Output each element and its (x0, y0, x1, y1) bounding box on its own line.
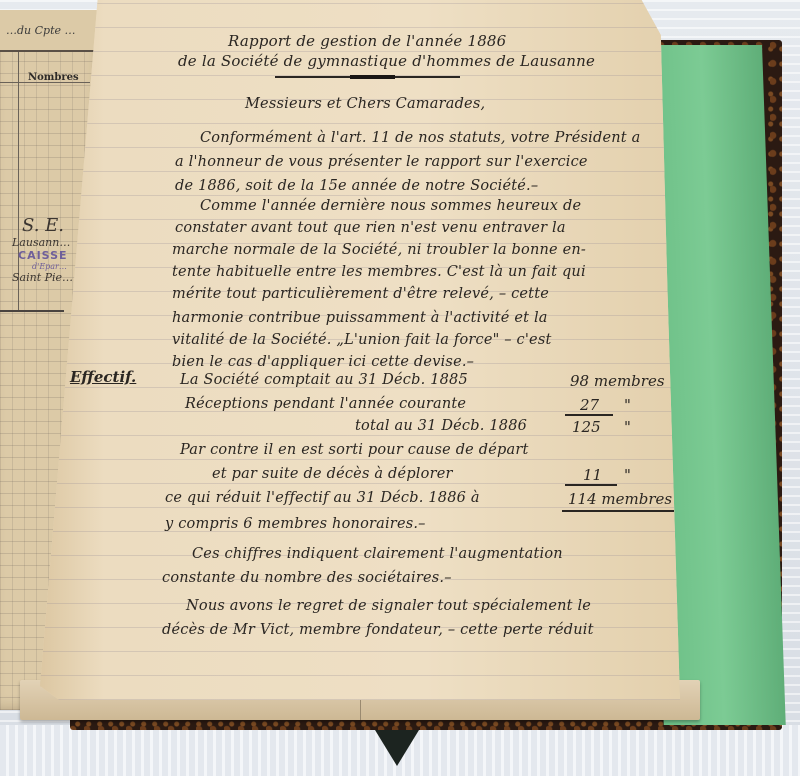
bookmark-ribbon (375, 730, 419, 766)
ledger-divider (0, 82, 90, 83)
title-rule (275, 76, 460, 78)
membership-line: et par suite de décès à déplorer (212, 466, 453, 482)
paragraph-line: marche normale de la Société, ni trouble… (172, 242, 586, 258)
membership-value: 125 (572, 418, 601, 436)
sum-rule (565, 484, 617, 486)
closing-line: Ces chiffres indiquent clairement l'augm… (192, 546, 563, 562)
membership-line: total au 31 Décb. 1886 (355, 418, 527, 434)
membership-line: Réceptions pendant l'année courante (185, 396, 466, 412)
paragraph-line: vitalité de la Société. „L'union fait la… (172, 332, 552, 348)
paragraph-line: Conformément à l'art. 11 de nos statuts,… (200, 130, 640, 146)
paragraph-line: de 1886, soit de la 15e année de notre S… (175, 178, 538, 194)
stamp-line: Saint Pie… (12, 271, 73, 284)
total-rule (562, 510, 674, 512)
membership-line: Par contre il en est sorti pour cause de… (180, 442, 529, 458)
stamp-line: Lausann… (12, 236, 70, 249)
closing-line: décès de Mr Vict, membre fondateur, – ce… (162, 622, 594, 638)
ledger-header-text: …du Cpte … (6, 24, 76, 37)
paragraph-line: constater avant tout que rien n'est venu… (175, 220, 566, 236)
membership-value: 27 (580, 396, 599, 414)
paragraph-line: harmonie contribue puissamment à l'activ… (172, 310, 548, 326)
report-title-line2: de la Société de gymnastique d'hommes de… (178, 52, 595, 70)
ditto-mark: " (624, 418, 631, 436)
closing-line: Nous avons le regret de signaler tout sp… (186, 598, 591, 614)
membership-value: 98 membres (570, 372, 665, 390)
sum-rule (565, 414, 613, 416)
paragraph-line: Comme l'année dernière nous sommes heure… (200, 198, 581, 214)
paragraph-line: a l'honneur de vous présenter le rapport… (175, 154, 588, 170)
membership-line: ce qui réduit l'effectif au 31 Décb. 188… (165, 490, 480, 506)
membership-line: La Société comptait au 31 Décb. 1885 (180, 372, 468, 388)
closing-line: constante du nombre des sociétaires.– (162, 570, 452, 586)
paragraph-line: mérite tout particulièrement d'être rele… (172, 286, 549, 302)
ditto-mark: " (624, 396, 631, 414)
ledger-header: …du Cpte … (0, 10, 110, 52)
membership-line: y compris 6 membres honoraires.– (165, 516, 426, 532)
salutation: Messieurs et Chers Camarades, (245, 96, 485, 112)
report-title-line1: Rapport de gestion de l'année 1886 (228, 32, 506, 50)
ditto-mark: " (624, 466, 631, 484)
ledger-rule (0, 310, 64, 312)
membership-value: 11 (583, 466, 602, 484)
paragraph-line: tente habituelle entre les membres. C'es… (172, 264, 586, 280)
paragraph-line: bien le cas d'appliquer ici cette devise… (172, 354, 474, 370)
margin-note-effectif: Effectif. (70, 368, 136, 386)
membership-value: 114 membres (568, 490, 672, 508)
